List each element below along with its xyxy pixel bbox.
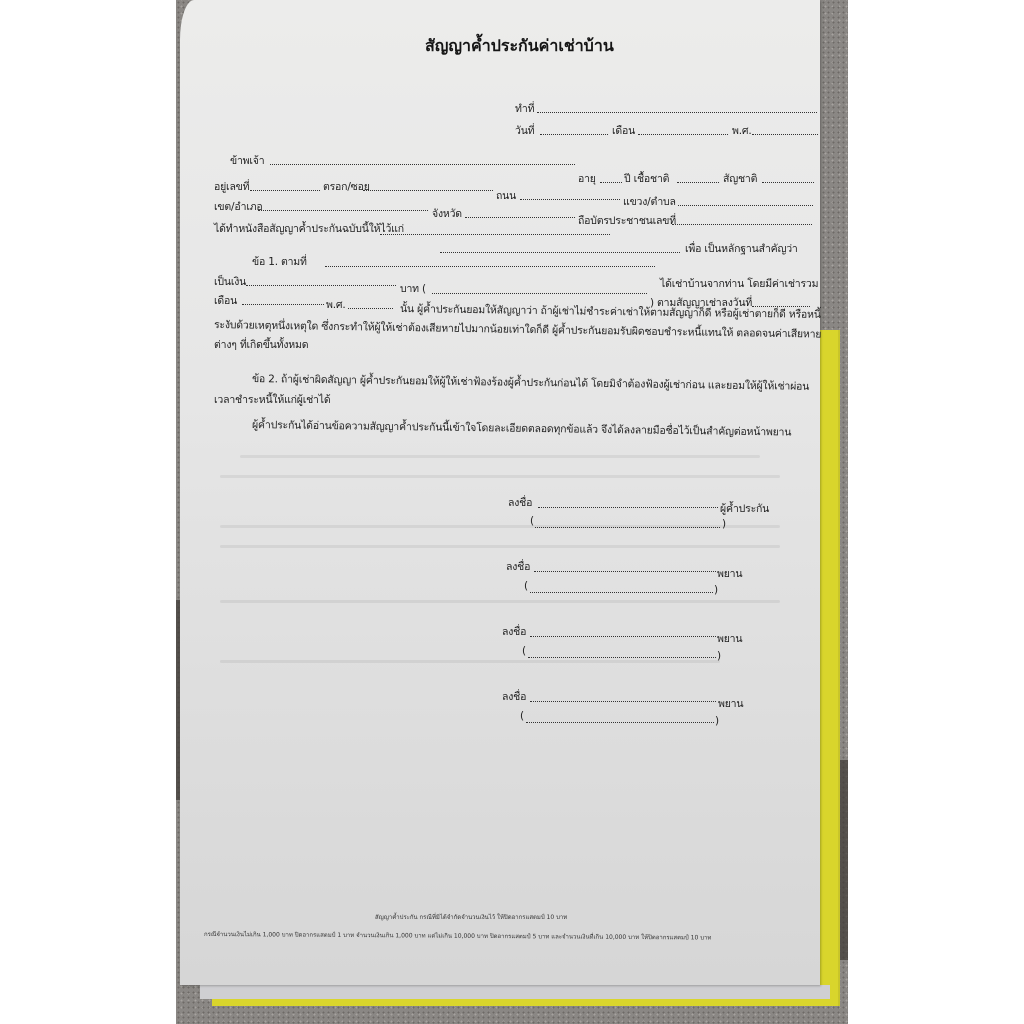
open-paren: ( — [530, 515, 534, 527]
open-paren: ( — [522, 645, 526, 657]
race-label: ปี เชื้อชาติ — [624, 170, 669, 187]
witness1-role: พยาน — [717, 565, 742, 582]
baht-label: บาท ( — [400, 280, 426, 297]
guarantor-role: ผู้ค้ำประกัน — [720, 500, 769, 517]
amount-words-field[interactable] — [432, 293, 647, 294]
witness1-signature-field[interactable] — [534, 571, 716, 572]
amount-label: เป็นเงิน — [214, 273, 246, 290]
place-label: ทำที่ — [515, 100, 534, 117]
year-field[interactable] — [752, 134, 818, 135]
i-label: ข้าพเจ้า — [230, 152, 264, 169]
guarantor-name-field[interactable] — [535, 527, 720, 528]
witness2-role: พยาน — [717, 630, 742, 647]
contract-month-field[interactable] — [242, 304, 324, 305]
open-paren: ( — [524, 580, 528, 592]
nationality-field[interactable] — [762, 182, 814, 183]
road-label: ถนน — [496, 187, 516, 204]
open-paren: ( — [520, 710, 524, 722]
under-sheet — [200, 985, 830, 999]
sign-label: ลงชื่อ — [506, 558, 530, 575]
evidence-label: เพื่อ เป็นหลักฐานสำคัญว่า — [685, 240, 798, 257]
age-field[interactable] — [600, 182, 622, 183]
name-field[interactable] — [270, 164, 575, 165]
show-through — [220, 545, 780, 548]
made-for-label: ได้ทำหนังสือสัญญาค้ำประกันฉบับนี้ให้ไว้แ… — [214, 220, 404, 237]
month-label: เดือน — [612, 122, 635, 139]
witness2-name-field[interactable] — [528, 657, 716, 658]
clause1-line6: ต่างๆ ที่เกิดขึ้นทั้งหมด — [214, 336, 308, 353]
close-paren: ) — [722, 518, 726, 530]
witness3-signature-field[interactable] — [530, 701, 716, 702]
witness2-signature-field[interactable] — [530, 636, 716, 637]
show-through — [240, 455, 760, 458]
clause2-line1: ข้อ 2. ถ้าผู้เช่าผิดสัญญา ผู้ค้ำประกันยอ… — [252, 370, 809, 395]
footer-line1: สัญญาค้ำประกัน กรณีที่มิได้จำกัดจำนวนเงิ… — [375, 912, 567, 922]
close-paren: ) — [715, 715, 719, 727]
sign-label: ลงชื่อ — [508, 494, 532, 511]
contract-year-label: พ.ศ. — [326, 296, 345, 313]
show-through — [220, 660, 720, 663]
district-field[interactable] — [258, 210, 428, 211]
witness3-name-field[interactable] — [526, 722, 714, 723]
date-label: วันที่ — [515, 122, 534, 139]
subdistrict-field[interactable] — [678, 205, 813, 206]
background-left — [0, 0, 178, 1024]
show-through — [220, 600, 780, 603]
acknowledgement-text: ผู้ค้ำประกันได้อ่านข้อความสัญญาค้ำประกัน… — [252, 416, 792, 441]
sign-label: ลงชื่อ — [502, 688, 526, 705]
beneficiary-field[interactable] — [380, 234, 610, 235]
year-label: พ.ศ. — [732, 122, 751, 139]
id-card-label: ถือบัตรประชาชนเลขที่ — [578, 212, 676, 229]
background-right — [848, 0, 1024, 1024]
day-field[interactable] — [540, 134, 608, 135]
address-no-label: อยู่เลขที่ — [214, 178, 249, 195]
alley-field[interactable] — [363, 190, 493, 191]
contract-month-label: เดือน — [214, 292, 237, 309]
alley-label: ตรอก/ซอย — [323, 178, 370, 195]
beneficiary-field-2[interactable] — [440, 252, 680, 253]
sign-label: ลงชื่อ — [502, 623, 526, 640]
close-paren: ) — [717, 650, 721, 662]
guarantor-signature-field[interactable] — [538, 507, 718, 508]
place-field[interactable] — [537, 112, 817, 113]
close-paren: ) — [714, 584, 718, 596]
footer-line2: กรณีจำนวนเงินไม่เกิน 1,000 บาท ปิดอากรแส… — [204, 929, 711, 943]
contract-year-field[interactable] — [348, 308, 393, 309]
witness3-role: พยาน — [718, 695, 743, 712]
address-no-field[interactable] — [250, 190, 320, 191]
witness1-name-field[interactable] — [530, 592, 713, 593]
tenant-field[interactable] — [325, 266, 655, 267]
province-field[interactable] — [465, 217, 575, 218]
province-label: จังหวัด — [432, 205, 462, 222]
document-title: สัญญาค้ำประกันค่าเช่าบ้าน — [425, 34, 614, 59]
id-card-field[interactable] — [672, 224, 812, 225]
age-label: อายุ — [578, 170, 596, 187]
clause2-line2: เวลาชำระหนี้ให้แก่ผู้เช่าได้ — [214, 391, 330, 408]
show-through — [220, 475, 780, 478]
clause1-heading: ข้อ 1. ตามที่ — [252, 253, 307, 270]
district-label: เขต/อำเภอ — [214, 198, 263, 215]
road-field[interactable] — [520, 199, 620, 200]
amount-field[interactable] — [246, 285, 396, 286]
race-field[interactable] — [677, 182, 719, 183]
subdistrict-label: แขวง/ตำบล — [623, 193, 676, 210]
rented-label: ได้เช่าบ้านจากท่าน โดยมีค่าเช่ารวม — [660, 275, 818, 292]
contract-page: สัญญาค้ำประกันค่าเช่าบ้าน ทำที่ วันที่ เ… — [180, 0, 820, 985]
nationality-label: สัญชาติ — [723, 170, 757, 187]
month-field[interactable] — [638, 134, 728, 135]
